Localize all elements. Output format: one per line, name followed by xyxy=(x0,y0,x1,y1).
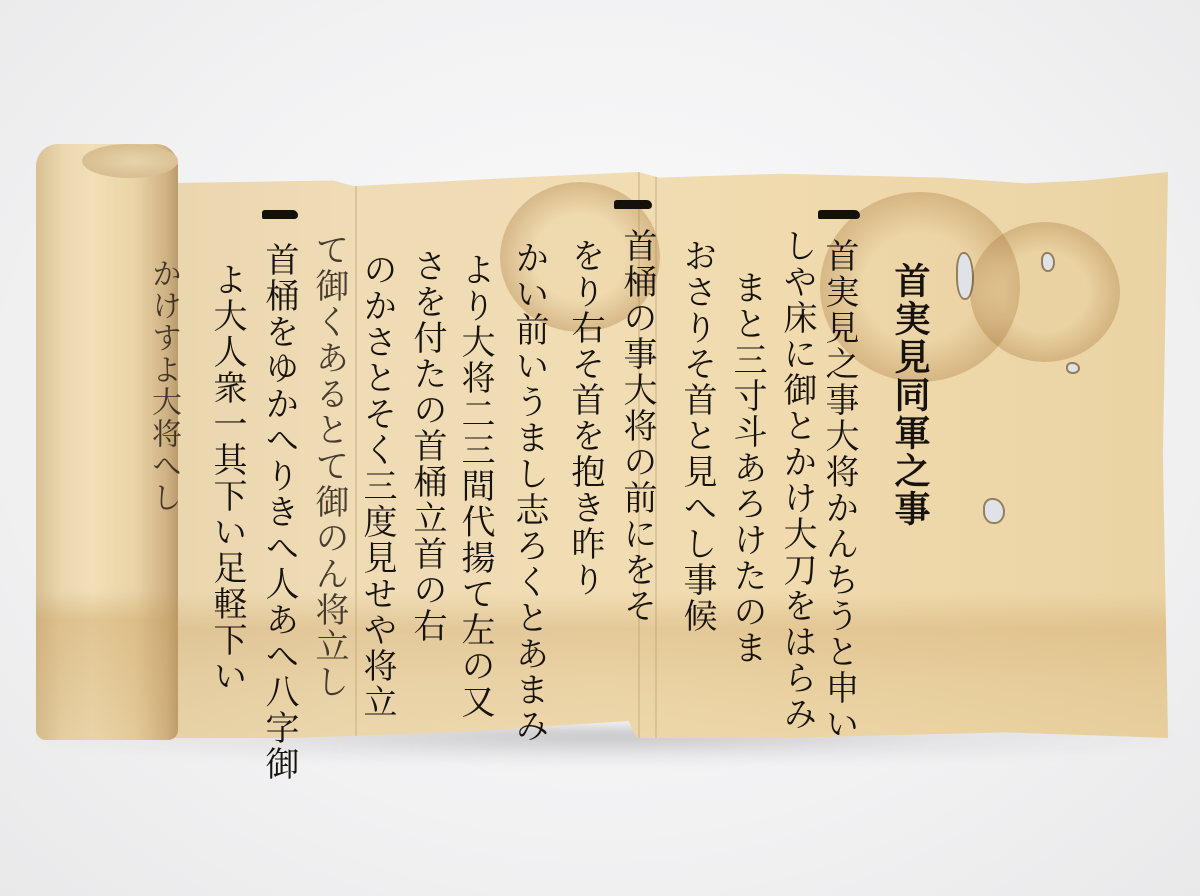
text-column: のかさとそく三度見せや将立 xyxy=(360,252,394,720)
text-column: おさりそ首と見へし事候 xyxy=(680,238,714,634)
text-column: をり右そ首を抱き昨り xyxy=(568,238,602,598)
text-column: て御くあるとて御のん将立し xyxy=(312,232,346,700)
text-column: 首実見之事大将かんちうと申い xyxy=(822,238,856,742)
item-marker xyxy=(818,210,860,219)
text-column: かい前いうまし志ろくとあまみ xyxy=(512,240,546,744)
text-column: 首桶をゆかへりきへ人あへ八字御 xyxy=(262,242,296,782)
item-marker xyxy=(262,210,298,219)
scroll-title: 首実見同軍之事 xyxy=(892,262,928,528)
item-marker xyxy=(614,200,652,209)
wormhole xyxy=(958,254,972,298)
text-column: まと三寸斗あろけたのま xyxy=(730,270,764,666)
text-column: しや床に御とかけ大刀をはらみ xyxy=(780,228,814,732)
text-column-partial: かけすよ大将へし xyxy=(148,258,178,514)
wormhole xyxy=(985,500,1003,522)
roll-end xyxy=(82,144,178,178)
water-stain xyxy=(36,590,178,740)
wormhole xyxy=(1068,364,1078,372)
scroll-sheet xyxy=(150,172,1168,738)
wormhole xyxy=(1043,254,1053,270)
text-column: さを付たの首桶立首の右 xyxy=(410,248,444,644)
water-stain xyxy=(970,222,1120,362)
text-column: より大将二三間代揚て左の又 xyxy=(458,252,492,720)
text-column: 首桶の事大将の前にをそ xyxy=(620,228,654,624)
water-stain xyxy=(150,592,1168,738)
text-column: よ大人衆一其下い足軽下い xyxy=(210,262,244,694)
